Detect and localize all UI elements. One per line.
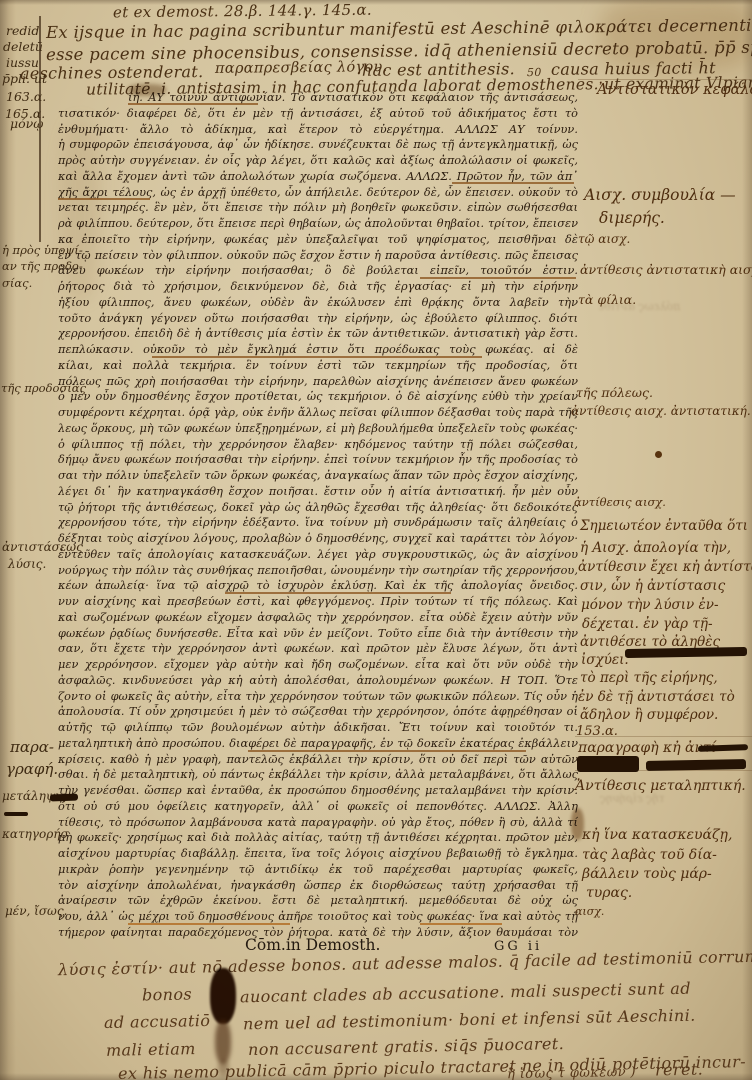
greek-text-line: νεται τειμηρές. ἓν μὲν, ὅτι ἔπεισε τὴν π…	[58, 200, 578, 216]
greek-text-line: μικρὰν ῥοπὴν γεγενημένην τῷ ἀντιδίκῳ ἐκ …	[58, 862, 578, 878]
handwritten-latin-line: reret.	[655, 1060, 704, 1080]
ink-strike	[50, 794, 78, 802]
greek-text-line: καὶ σωζομένων φωκέων εἴχομεν ἀσφαλῶς τὴν…	[58, 610, 578, 626]
handwritten-latin-line: ad accusatiō	[104, 1011, 211, 1032]
greek-text-line: τῷ ῥήτορι τῆς ἀντιθέσεως, δοκεῖ γὰρ ὡς ἀ…	[58, 500, 578, 516]
margin-note-right: κἠ ἵνα κατασκευάζῃ,	[582, 827, 732, 843]
margin-note-right: ἐν δὲ τῇ ἀντιστάσει τὸ	[578, 689, 735, 705]
margin-note-right: ἀντίθεσις αισχ.	[574, 495, 666, 509]
greek-text-line: σθαι. ἡ δὲ μεταληπτικὴ, οὐ πάντως ἐκβάλλ…	[58, 767, 578, 783]
margin-note-right: δέχεται. ἐν γὰρ τῇ-	[582, 616, 713, 632]
handwritten-latin-line: ἢ ἴσως τ̄ φωκέων )	[507, 1065, 636, 1080]
ink-redaction	[625, 647, 747, 658]
gathering-mark: GG ii	[494, 939, 542, 954]
greek-text-line: αὐτῆς τῷ φιλίππῳ τῶν βουλομένων αὐτὴν ἀδ…	[58, 720, 578, 736]
margin-note-left: redid	[6, 23, 39, 38]
margin-note-right: ἀντίθεσιν ἔχει κἠ ἀντίστα-	[578, 559, 752, 575]
handwritten-latin-line: λύσις ἐστίν· aut nō adesse bonos. aut ad…	[58, 946, 752, 979]
greek-text-line: κα ἐποιεῖτο τὴν εἰρήνην, φωκέας μὲν ὑπεξ…	[58, 232, 578, 248]
margin-note-right: αισχ.	[575, 905, 604, 918]
margin-note-right: σιν, ὧν ἡ ἀντίστασις	[580, 578, 725, 594]
margin-note-right: τὰς λαβὰς τοῦ δία-	[582, 847, 717, 863]
margin-note-left: λύσις.	[8, 557, 46, 571]
greek-text-line: σαι τὴν πόλιν ὑπεξελεῖν τῶν ὅρκων φωκέας…	[58, 468, 578, 484]
greek-text-line: ὁ μὲν οὖν δημοσθένης ἔσχον προτίθεται, ὡ…	[58, 389, 578, 405]
ink-strike	[4, 812, 28, 816]
greek-text-line: αἰσχίνου μαρτυρίας διαβάλλῃ. ἔπειτα, ἵνα…	[58, 846, 578, 862]
handwritten-latin-line: nem uel ad testimonium· boni et infensi …	[243, 1006, 696, 1034]
greek-text-line: φωκέων ῥᾳδίως δυνήσεσθε. Εἶτα καὶ νῦν ἐν…	[58, 626, 578, 642]
ink-underline	[248, 750, 526, 752]
ink-underline	[420, 277, 576, 279]
greek-text-line: ρὰ φιλίππου. δεύτερον, ὅτι ἔπεισε περὶ θ…	[58, 216, 578, 232]
greek-text-line: χερρονήσου τότε, τὴν εἰρήνην ἐδέξαντο. ἵ…	[58, 515, 578, 531]
margin-note-right: τυρας.	[586, 885, 632, 901]
greek-text-line: τὸν αἰσχίνην ἀπολωλέναι, ἠναγκάσθη ὥσπερ…	[58, 878, 578, 894]
ink-redaction	[577, 756, 639, 772]
margin-note-right: ἀντίθεσις αισχ. ἀντιστατική.	[571, 404, 751, 418]
margin-note-left: σίας.	[2, 276, 32, 290]
margin-note-right: τῆς πόλεως.	[576, 385, 653, 400]
greek-text-line: ὅτι οὐ σύ μου ὀφείλεις κατηγορεῖν, ἀλλ᾽ …	[58, 799, 578, 815]
greek-text-line: τισατικόν· διαφέρει δὲ, ὅτι ἐν μὲν τῇ ἀν…	[58, 106, 578, 122]
handwritten-latin-line: ex his nemo publicā cām p̄prio piculo tr…	[118, 1052, 746, 1080]
margin-note-left: deletū	[3, 39, 43, 54]
greek-text-line: λεως ὅρκους, μὴ τῶν φωκέων ὑπεξῃρημένων,…	[58, 421, 578, 437]
ink-blot	[215, 1020, 231, 1064]
manuscript-page: et ex demost. 28.β. 144.γ. 145.α.Ex ijsq…	[0, 0, 752, 1080]
page-edge-right	[742, 0, 752, 1080]
greek-text-line: νυν αἰσχίνης καὶ πρεσβεύων ἐστὶ, καὶ φθε…	[58, 594, 578, 610]
ink-strike	[698, 744, 748, 752]
margin-note-right: βάλλειν τοὺς μάρ-	[582, 866, 712, 882]
ink-spot	[655, 451, 662, 458]
margin-note-right: τῷ αισχ.	[578, 232, 630, 246]
greek-text-line: ἠξίου φίλιππος, ἄνευ φωκέων, οὐδὲν ἂν ἐκ…	[58, 295, 578, 311]
ink-underline	[452, 182, 574, 184]
vertical-rule	[39, 16, 41, 242]
greek-text-line: ὁ φίλιππος τῇ πόλει, τὴν χερρόνησον ἔλαβ…	[58, 437, 578, 453]
margin-note-right: τῆς εἰρήνης	[600, 792, 665, 805]
handwritten-latin-line: et ex demost. 28.β. 144.γ. 145.α.	[113, 1, 372, 22]
margin-note-right: ἀντίθεσις ἀντιστατικὴ αισχ.	[580, 262, 752, 277]
greek-text-line: μεν χερρόνησον. εἴχομεν γὰρ αὐτὴν καὶ ἤδ…	[58, 657, 578, 673]
greek-text-line: λέγει δι᾽ ἣν κατηναγκάσθη ἔσχον ποιῆσαι.…	[58, 484, 578, 500]
greek-text-line: τίθεσις, τὸ πρόσωπον λαμβάνουσα κατὰ παρ…	[58, 815, 578, 831]
margin-note-right: τὸ περὶ τῆς εἰρήνης,	[580, 670, 718, 686]
greek-text-line: ἀσφαλῶς. κινδυνεύσει γὰρ κἠ αὐτὴ ἀπολέσθ…	[58, 673, 578, 689]
greek-text-line: πρὸς αὐτὴν συγγένειαν. ἐν οἷς γὰρ λέγει,…	[58, 153, 578, 169]
printed-signature: Cōm.in Demosth.	[245, 936, 380, 954]
ink-blot	[210, 968, 236, 1024]
greek-text-line: ἐντεῦθεν ταῖς ἀπολογίαις κατασκευάζων. λ…	[58, 547, 578, 563]
greek-text-line: τὴν γενέσθαι. ὥσπερ καὶ ἐνταῦθα, ἐκ προσ…	[58, 783, 578, 799]
margin-note-right: ἰσχύει.	[581, 652, 629, 668]
greek-text-line: δήμῳ ἄνευ φωκέων ποιήσασθαι τὴν εἰρήνην.…	[58, 452, 578, 468]
ink-underline	[420, 923, 502, 925]
greek-text-line: ἀπολουσία. Τί οὖν χρησιμεύει ἡ μὲν τὸ σώ…	[58, 704, 578, 720]
greek-text-line: σαν, ὅτι ἔχετε τὴν χερρόνησον ἀντὶ φωκέω…	[58, 641, 578, 657]
greek-text-line: ζοντο οἱ φωκεῖς ἃς αὐτὴν, εἶτα τὴν χερρό…	[58, 689, 578, 705]
ink-redaction	[646, 759, 746, 771]
margin-note-right: ἡ Αισχ. ἀπολογία τὴν,	[580, 540, 731, 556]
greek-text-line: ἡ συμφορῶν ἐπεισάγουσα, ἀφ᾽ ὧν ἠδίκησε. …	[58, 137, 578, 153]
greek-text-line: ἀναίρεσιν τῶν ἐχθρῶν ἐκείνου. ἔστι δὲ με…	[58, 893, 578, 909]
greek-text-line: χερρονήσου. ἐπειδὴ δὲ ἡ ἀντίθεσις μία ἐσ…	[58, 326, 578, 342]
greek-text-line: νούργως τὴν πόλιν τὰς συνθήκας πεποιῆσθα…	[58, 563, 578, 579]
greek-text-line: δέξηται τοὺς αἰσχίνου λόγους, προλαβὼν ὁ…	[58, 531, 578, 547]
margin-note-right: μόνον τὴν λύσιν ἐν-	[581, 597, 719, 613]
ink-underline	[58, 198, 150, 200]
ruled-line	[575, 736, 752, 737]
margin-note-right: πόλεως ἀντίθε	[598, 300, 680, 313]
greek-text-line: κρίσεις. καθὸ ἡ μὲν γραφὴ, παντελῶς ἐκβά…	[58, 752, 578, 768]
greek-text-line: ῥήτορος διὰ τὸ χρήσιμον, δεικνύμενον δὲ,…	[58, 279, 578, 295]
ink-underline	[152, 356, 482, 358]
greek-text-line: κίλαι, καὶ πολλὰ τεκμήρια. ἓν τοίνυν ἐστ…	[58, 358, 578, 374]
greek-text-line: πόλεως πῶς χρὴ ποιήσασθαι τὴν εἰρήνην, π…	[58, 374, 578, 390]
ink-underline	[128, 103, 258, 105]
handwritten-latin-line: auocant clades ab accusatione. mali susp…	[240, 979, 691, 1007]
greek-text-line: τοῦτο ἀνάγκη γέγονεν οὕτω ποιήσασθαι τὴν…	[58, 311, 578, 327]
handwritten-latin-line: mali etiam	[106, 1039, 196, 1060]
greek-text-line: συμφέροντι κέχρηται. ὁρᾷ γὰρ, οὐκ ἐνῆν ἄ…	[58, 405, 578, 421]
margin-note-right: διμερής.	[599, 209, 665, 227]
handwritten-latin-line: bonos	[142, 985, 192, 1005]
ruled-line	[578, 79, 750, 80]
greek-text-line: ἐν τῷ πείσειν τὸν φίλιππον. οὐκοῦν πῶς ἔ…	[58, 248, 578, 264]
margin-note-right: Αισχ. συμβουλία —	[584, 186, 736, 204]
margin-note-right: Ἀντιστατικὸν κεφάλαιον.	[597, 82, 752, 98]
margin-note-right: ἄδηλον ἢ συμφέρον.	[580, 707, 718, 723]
ink-underline	[225, 592, 451, 594]
margin-note-right: Σημειωτέον ἐνταῦθα ὅτι	[580, 518, 748, 534]
margin-note-left: παρα-	[10, 738, 54, 756]
handwritten-latin-line: non accusarent gratis. siq̄s p̄uocaret.	[248, 1034, 564, 1059]
ink-underline	[128, 923, 290, 925]
margin-note-left: γραφή.	[6, 760, 58, 778]
greek-text-line: μὴ φωκεῖς· χρησίμως καὶ διὰ πολλὰς αἰτία…	[58, 830, 578, 846]
greek-text-line: ἐνθυμήματι· ἄλλο τὸ ἀδίκημα, καὶ ἕτερον …	[58, 122, 578, 138]
margin-note-left: iussu	[6, 55, 39, 70]
